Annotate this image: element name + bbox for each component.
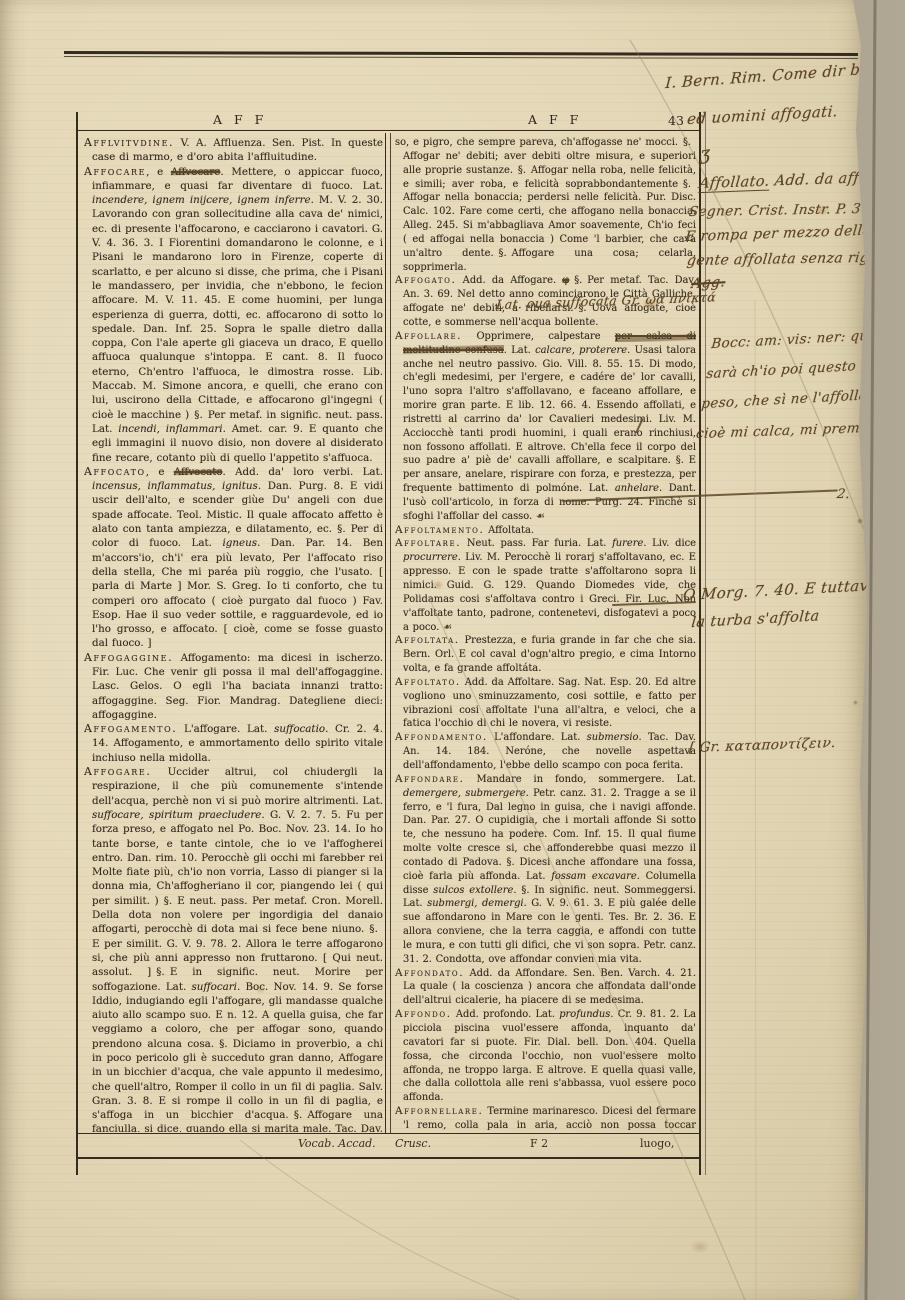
entry-headword: Affogamento. xyxy=(84,722,177,735)
entry-text: ☙ xyxy=(439,622,452,633)
entry-text: . G. V. 2. 7. 5. Fu per forza preso, e a… xyxy=(92,809,383,993)
dictionary-entry: Affoltato. Add. da Affoltare. Sag. Nat. … xyxy=(395,676,696,731)
page-edge-shadow xyxy=(864,0,876,1300)
entry-text: . Lat. xyxy=(504,345,535,356)
entry-text: furere xyxy=(612,538,643,549)
frame-left-rule xyxy=(76,112,78,1175)
entry-text: . Usasi talora anche nel neutro passivo.… xyxy=(403,345,696,494)
entry-text: Add. profondo. Lat. xyxy=(452,1009,560,1020)
entry-text: demergere, submergere xyxy=(403,788,526,799)
frame-right-rule-outer xyxy=(705,112,706,1175)
marginal-annotation: la turba s'affolta xyxy=(691,608,821,631)
entry-headword: Affondo. xyxy=(395,1008,452,1020)
dictionary-entry: Affocato, e Affvocato. Add. da' loro ver… xyxy=(84,465,383,651)
entry-text: . Add. da' loro verbi. Lat. xyxy=(222,466,383,478)
entry-text: Neut. pass. Far furia. Lat. xyxy=(461,538,612,549)
marginal-annotation: cioè mi calca, mi preme xyxy=(695,420,869,442)
entry-text: . Liv. dice xyxy=(643,538,696,549)
entry-text: submergi, demergi xyxy=(427,898,523,909)
dictionary-entry: Afflvitvdine. V. A. Affluenza. Sen. Pist… xyxy=(84,136,383,165)
dictionary-entry: Affogamento. L'affogare. Lat. suffocatio… xyxy=(84,722,383,765)
dictionary-entry: Affoltata. Prestezza, e furia grande in … xyxy=(395,634,696,676)
entry-text: Affoltata. xyxy=(484,525,534,536)
dictionary-entry: Affondo. Add. profondo. Lat. profundus. … xyxy=(395,1008,696,1105)
entry-text: calcare, proterere xyxy=(535,345,627,356)
marginal-annotation: ed uomini affogati. xyxy=(686,102,838,128)
marginal-annotation: Bocc: am: vis: ner: quando xyxy=(711,326,905,352)
page-number: 43 xyxy=(668,113,684,128)
entry-text: incensus, inflammatus, ignitus xyxy=(92,480,258,492)
entry-text: incendere, ignem inijcere, ignem inferre xyxy=(92,194,311,206)
foxing-spot xyxy=(690,1240,710,1254)
entry-text: . M. V. 2. 30. Lavorando con gran sollec… xyxy=(92,194,383,435)
wormhole xyxy=(853,700,858,705)
marginal-annotation: sarà ch'io poi questo xyxy=(706,358,857,382)
footer-volume-title-2: Crusc. xyxy=(395,1137,431,1150)
entry-headword: Affogare. xyxy=(84,765,151,778)
entry-text: suffocari xyxy=(191,981,237,993)
marginal-annotation: [ Gr. καταποντίζειν. xyxy=(688,735,836,756)
entry-headword: Affoltamento. xyxy=(395,524,484,536)
scanned-book-page: A F F A F F 43 Afflvitvdine. V. A. Afflu… xyxy=(0,0,872,1300)
frame-right-rule xyxy=(699,112,701,1175)
entry-headword: Afflvitvdine. xyxy=(84,136,174,149)
entry-headword: Affocato xyxy=(84,465,146,478)
entry-text: profundus xyxy=(559,1009,610,1020)
entry-headword: Affollare. xyxy=(395,330,462,342)
frame-bottom-rule xyxy=(76,1157,700,1159)
entry-text: L'affogare. Lat. xyxy=(177,723,274,735)
dictionary-entry: Affondamento. L'affondare. Lat. submersi… xyxy=(395,731,696,773)
entry-headword: Affoltare. xyxy=(395,537,461,549)
dictionary-entry: Affoltamento. Affoltata. xyxy=(395,524,696,538)
entry-text: Opprimere, calpestare xyxy=(462,331,615,342)
entry-text: . Dan. Par. 14. Ben m'accors'io, ch'i' e… xyxy=(92,537,383,649)
entry-text: sulcos extollere xyxy=(433,885,513,896)
gutter-rule-b xyxy=(390,133,391,1133)
entry-headword: Affocare xyxy=(84,165,146,178)
wormhole xyxy=(857,518,863,524)
marginal-annotation: Segner. Crist. Instr. P. 3. 319. xyxy=(688,200,903,220)
entry-headword: Affondamento. xyxy=(395,731,488,743)
book-scan-photo: { "header": {"left_running_title": "A F … xyxy=(0,0,905,1300)
dictionary-entry: Affollare. Opprimere, calpestare per cal… xyxy=(395,330,696,524)
entry-text: ☙ xyxy=(532,511,545,522)
entry-text: Affvocare xyxy=(171,166,221,178)
entry-text: incendi, inflammari xyxy=(118,423,222,435)
top-rule-thin xyxy=(64,56,858,59)
entry-text: igneus xyxy=(222,537,257,549)
entry-text: procurrere xyxy=(403,552,458,563)
gutter-rule-a xyxy=(385,133,386,1133)
dictionary-entry: so, e pigro, che sempre pareva, ch'affog… xyxy=(395,136,696,274)
entry-text: . Cr. 9. 81. 2. La picciola piscina vuol… xyxy=(403,1009,696,1103)
footer-top-rule xyxy=(76,1133,700,1134)
entry-headword: Affogato. xyxy=(395,274,456,286)
running-title-right: A F F xyxy=(528,112,582,127)
catchword: luogo, xyxy=(640,1137,674,1150)
entry-headword: Affondato. xyxy=(395,967,464,979)
dictionary-entry: Affornellare. Termine marinaresco. Dices… xyxy=(395,1105,696,1132)
running-title-left: A F F xyxy=(213,112,267,127)
marginal-annotation: O Morg. 7. 40. E tuttavia xyxy=(682,576,883,605)
entry-text: L'affondare. Lat. xyxy=(488,732,587,743)
entry-text: fossam excavare xyxy=(551,871,637,882)
signature-mark: F 2 xyxy=(530,1137,548,1150)
entry-text: so, e pigro, che sempre pareva, ch'affog… xyxy=(395,137,696,273)
header-rule xyxy=(76,130,700,131)
dictionary-entry: Affondato. Add. da Affondare. Sen. Ben. … xyxy=(395,967,696,1009)
left-text-column: Afflvitvdine. V. A. Affluenza. Sen. Pist… xyxy=(84,136,383,1132)
dictionary-entry: Affondare. Mandare in fondo, sommergere.… xyxy=(395,773,696,967)
entry-text: anhelare xyxy=(615,483,659,494)
entry-text: suffocatio xyxy=(274,723,325,735)
dictionary-entry: Affocare, e Affvocare. Mettere, o appicc… xyxy=(84,165,383,465)
marginal-annotation: I. Bern. Rim. Come dir bestie xyxy=(665,58,899,92)
top-rule-thick xyxy=(64,51,858,56)
entry-text: Affvocato xyxy=(174,466,223,478)
entry-headword: Affogaggine. xyxy=(84,651,173,664)
entry-headword: Affoltata. xyxy=(395,634,460,646)
marginal-annotation: 2. xyxy=(836,487,851,502)
dictionary-entry: Affogare. Uccider altrui, col chiudergli… xyxy=(84,765,383,1132)
marginal-annotation: peso, che sì ne l'affolla, xyxy=(701,387,873,412)
entry-headword: Affornellare. xyxy=(395,1105,483,1117)
entry-text: . Liv. M. Perocchè li rorarj s'affoltava… xyxy=(403,552,696,632)
marginal-annotation: ʒ xyxy=(700,143,710,166)
entry-text: , e xyxy=(146,466,174,478)
entry-text: . Petr. canz. 31. 2. Tragge a se il ferr… xyxy=(403,788,696,882)
entry-headword: Affoltato. xyxy=(395,676,461,688)
entry-headword: Affondare. xyxy=(395,773,465,785)
marginal-annotation: E rompa per mezzo della xyxy=(684,223,872,246)
footer-volume-title: Vocab. Accad. xyxy=(298,1137,376,1150)
dictionary-entry: Affogaggine. Affogamento: ma dicesi in i… xyxy=(84,651,383,722)
right-text-column: so, e pigro, che sempre pareva, ch'affog… xyxy=(395,136,696,1132)
marginal-annotation-underlined: Affollato. xyxy=(698,174,770,194)
entry-text: , e xyxy=(146,166,171,178)
entry-text: Add. da Affogare. xyxy=(456,275,562,286)
entry-text: . Boc. Nov. 14. 9. Se forse Iddio, indug… xyxy=(92,981,383,1132)
entry-text: submersio xyxy=(587,732,639,743)
entry-text: suffocare, spiritum praecludere xyxy=(92,809,261,821)
entry-text: Mandare in fondo, sommergere. Lat. xyxy=(465,774,696,785)
dictionary-entry: Affoltare. Neut. pass. Far furia. Lat. f… xyxy=(395,537,696,634)
